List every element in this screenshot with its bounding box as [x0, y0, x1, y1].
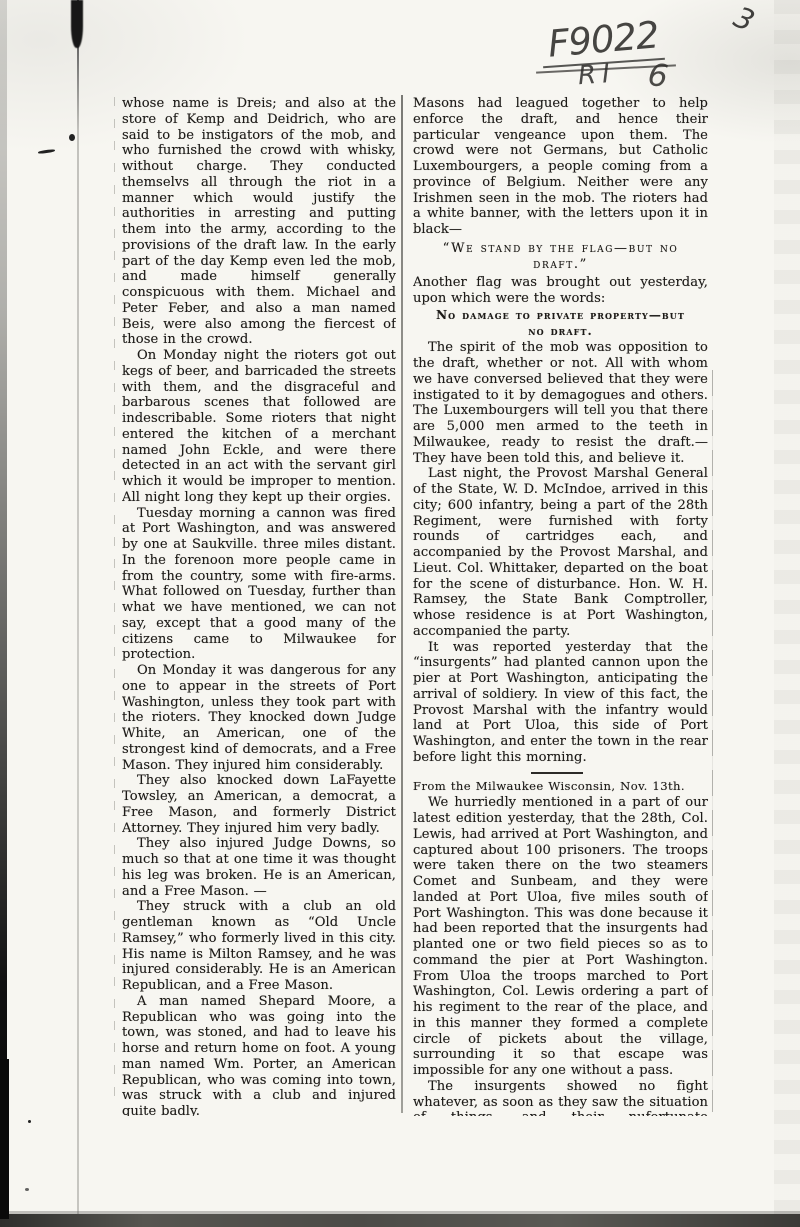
ink-speck	[28, 1120, 31, 1123]
film-ink-blob	[71, 0, 83, 48]
ink-speck	[69, 134, 75, 141]
article-paragraph: Another flag was brought out yesterday, …	[413, 275, 708, 307]
film-edge-artifact	[0, 0, 7, 1227]
newspaper-page: F9022 RI 6 3 whose name is Dreis; and al…	[0, 0, 800, 1227]
article-paragraph: whose name is Dreis; and also at the sto…	[122, 96, 396, 348]
banner-quote: “We stand by the flag—but nodraft.”	[413, 241, 708, 273]
column-divider-rule	[401, 95, 403, 1113]
smallcaps-subhead: No damage to private property—butno draf…	[413, 308, 708, 339]
column-rule-left	[114, 97, 115, 1109]
film-fold-line	[77, 0, 79, 1227]
heading-line: No damage to private property—but	[413, 308, 708, 324]
film-corner-mark	[0, 1059, 9, 1219]
quote-line: draft.”	[413, 257, 708, 273]
source-dateline: From the Milwaukee Wisconsin, Nov. 13th.	[413, 779, 708, 795]
handwritten-code-sub: RI	[577, 59, 617, 92]
article-paragraph: Last night, the Provost Marshal General …	[413, 466, 708, 639]
film-bottom-edge	[0, 1214, 800, 1227]
ink-speck	[38, 149, 55, 154]
article-paragraph: Masons had leagued together to help enfo…	[413, 96, 708, 238]
article-paragraph: We hurriedly mentioned in a part of our …	[413, 795, 708, 1079]
article-paragraph: The spirit of the mob was opposition to …	[413, 340, 708, 466]
ink-speck	[25, 1188, 29, 1191]
article-paragraph: They also injured Judge Downs, so much s…	[122, 836, 396, 899]
handwritten-code: F9022	[546, 13, 660, 65]
article-paragraph: On Monday night the rioters got out kegs…	[122, 348, 396, 506]
article-paragraph: Tuesday morning a cannon was fired at Po…	[122, 506, 396, 664]
section-divider-rule	[531, 772, 583, 774]
left-column: whose name is Dreis; and also at the sto…	[122, 96, 396, 1116]
article-paragraph: The insurgents showed no fight whatever,…	[413, 1079, 708, 1116]
heading-line: no draft.	[413, 324, 708, 340]
column-rule-right	[712, 370, 713, 1112]
article-paragraph: On Monday it was dangerous for any one t…	[122, 663, 396, 773]
handwritten-mark-six: 6	[646, 57, 671, 95]
article-paragraph: A man named Shepard Moore, a Republican …	[122, 994, 396, 1116]
article-paragraph: It was reported yesterday that the “insu…	[413, 640, 708, 766]
article-paragraph: They struck with a club an old gentleman…	[122, 899, 396, 994]
article-paragraph: They also knocked down LaFayette Towsley…	[122, 773, 396, 836]
right-column: Masons had leagued together to help enfo…	[413, 96, 708, 1116]
scan-mottle-right	[774, 0, 800, 1227]
quote-line: “We stand by the flag—but no	[413, 241, 708, 257]
handwritten-page-number: 3	[729, 0, 760, 38]
